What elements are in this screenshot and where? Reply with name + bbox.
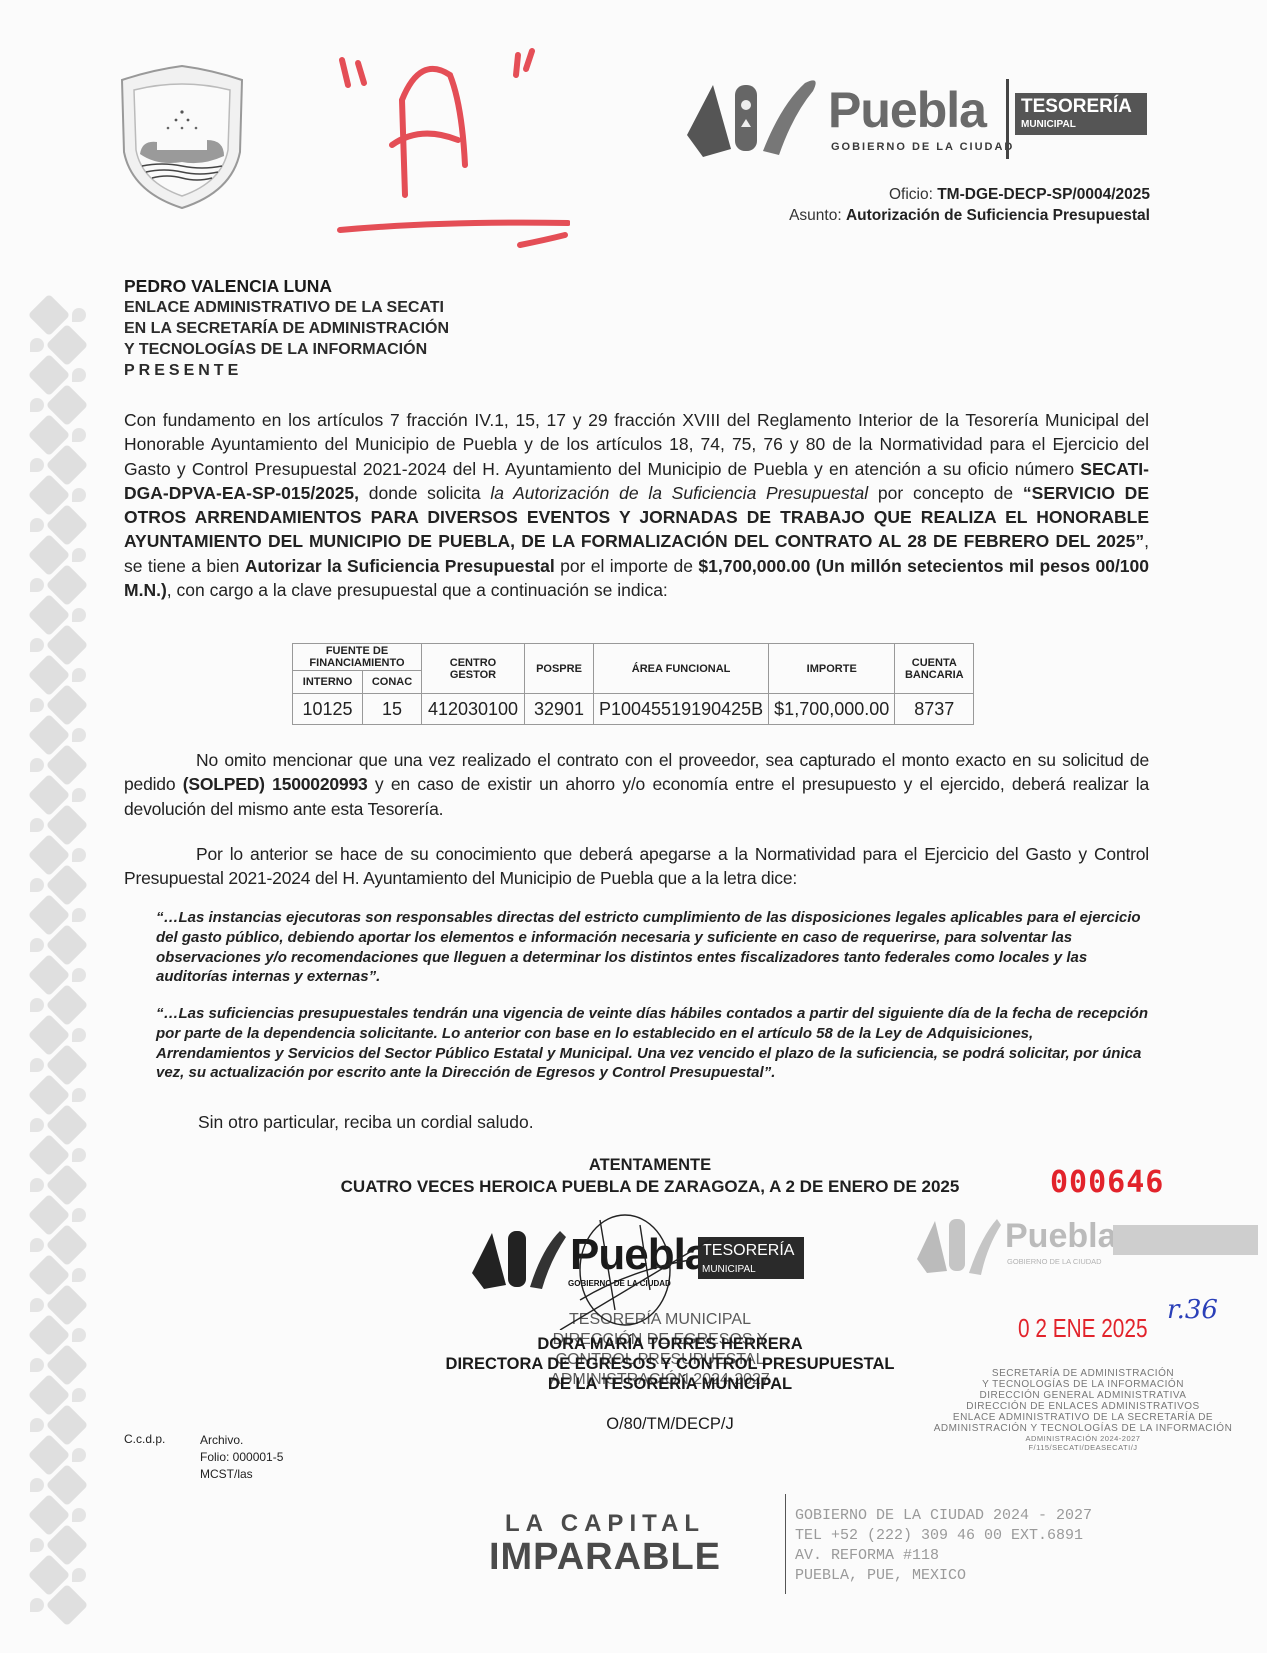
handwritten-note: r.36 — [1167, 1295, 1218, 1325]
handwritten-a-mark — [320, 45, 570, 285]
ccp-label: C.c.d.p. — [124, 1432, 165, 1446]
footer-line: GOBIERNO DE LA CIUDAD 2024 - 2027 — [795, 1506, 1092, 1526]
city-crest-icon — [112, 62, 252, 212]
footer-address: AV. REFORMA #118 — [795, 1546, 1092, 1566]
ccp-item: MCST/las — [200, 1466, 283, 1483]
logo-dept-box: TESORERÍA MUNICIPAL — [1015, 93, 1147, 135]
footer-phone: TEL +52 (222) 309 46 00 EXT.6891 — [795, 1526, 1092, 1546]
logo-tagline: GOBIERNO DE LA CIUDAD — [831, 141, 1014, 153]
recipient-block: PEDRO VALENCIA LUNA ENLACE ADMINISTRATIV… — [124, 276, 449, 381]
document-reference: Oficio: TM-DGE-DECP-SP/0004/2025 Asunto:… — [789, 184, 1150, 226]
recipient-salutation: PRESENTE — [124, 360, 449, 381]
logo-divider — [1006, 79, 1009, 159]
cell-area-funcional: P10045519190425B — [594, 694, 769, 725]
budget-key-table: FUENTE DE FINANCIAMIENTO CENTRO GESTOR P… — [292, 643, 974, 725]
decorative-border — [28, 300, 90, 1630]
reception-stamp-logo: Puebla GOBIERNO DE LA CIUDAD — [915, 1215, 1260, 1275]
folio-stamp: 000646 — [1050, 1165, 1164, 1200]
recipient-title-2: EN LA SECRETARÍA DE ADMINISTRACIÓN — [124, 318, 449, 339]
reception-logo-city: Puebla — [1005, 1217, 1116, 1256]
p1-text-a: Con fundamento en los artículos 7 fracci… — [124, 410, 1149, 479]
reception-date-stamp: 0 2 ENE 2025 — [1018, 1313, 1148, 1344]
atentamente: ATENTAMENTE — [300, 1155, 1000, 1176]
authorization-statement: Autorizar la Suficiencia Presupuestal — [245, 556, 555, 576]
ccp-item: Folio: 000001-5 — [200, 1449, 283, 1466]
header-fuente: FUENTE DE FINANCIAMIENTO — [293, 644, 422, 671]
p1-text-b: donde solicita — [359, 483, 490, 503]
secati-line-5: ENLACE ADMINISTRATIVO DE LA SECRETARÍA D… — [918, 1412, 1248, 1423]
footer-slogan: LA CAPITAL IMPARABLE — [465, 1510, 745, 1576]
puebla-emblem-icon — [915, 1215, 1003, 1275]
p1-text-e: por el importe de — [555, 556, 699, 576]
paragraph-solped: No omito mencionar que una vez realizado… — [124, 748, 1149, 821]
header-interno: INTERNO — [293, 671, 363, 694]
header-conac: CONAC — [363, 671, 422, 694]
secati-admin: ADMINISTRACIÓN 2024-2027 — [918, 1434, 1248, 1443]
asunto-text: Autorización de Suficiencia Presupuestal — [846, 207, 1150, 224]
slogan-line-2: IMPARABLE — [465, 1538, 745, 1576]
p1-italic: la Autorización de la Suficiencia Presup… — [490, 483, 868, 503]
oficio-label: Oficio: — [889, 186, 933, 203]
secati-reference: F/115/SECATI/DEASECATI/J — [918, 1443, 1248, 1452]
recipient-name: PEDRO VALENCIA LUNA — [124, 276, 449, 297]
quote-suficiencias: “…Las suficiencias presupuestales tendrá… — [156, 1004, 1151, 1083]
header-centro-gestor: CENTRO GESTOR — [422, 644, 525, 694]
recipient-title-3: Y TECNOLOGÍAS DE LA INFORMACIÓN — [124, 339, 449, 360]
secati-line-2: Y TECNOLOGÍAS DE LA INFORMACIÓN — [918, 1379, 1248, 1390]
quote-instancias: “…Las instancias ejecutoras son responsa… — [156, 908, 1151, 987]
logo-city: Puebla — [828, 81, 986, 139]
footer-contact: GOBIERNO DE LA CIUDAD 2024 - 2027 TEL +5… — [795, 1506, 1092, 1586]
cell-cuenta-bancaria: 8737 — [895, 694, 974, 725]
secati-reception-stamp: SECRETARÍA DE ADMINISTRACIÓN Y TECNOLOGÍ… — [918, 1368, 1248, 1452]
header-pospre: POSPRE — [525, 644, 594, 694]
oficio-line: Oficio: TM-DGE-DECP-SP/0004/2025 — [789, 184, 1150, 205]
paragraph-authorization: Con fundamento en los artículos 7 fracci… — [124, 408, 1149, 602]
reception-logo-tagline: GOBIERNO DE LA CIUDAD — [1007, 1257, 1102, 1266]
handwritten-signature — [540, 1210, 720, 1330]
logo-dept-title: TESORERÍA — [1021, 96, 1132, 118]
secati-line-1: SECRETARÍA DE ADMINISTRACIÓN — [918, 1368, 1248, 1379]
secati-line-6: ADMINISTRACIÓN Y TECNOLOGÍAS DE LA INFOR… — [918, 1423, 1248, 1434]
header-cuenta-bancaria: CUENTA BANCARIA — [895, 644, 974, 694]
ccp-list: Archivo. Folio: 000001-5 MCST/las — [200, 1432, 283, 1483]
cell-conac: 15 — [363, 694, 422, 725]
asunto-line: Asunto: Autorización de Suficiencia Pres… — [789, 205, 1150, 226]
p1-text-c: por concepto de — [868, 483, 1023, 503]
reception-logo-bar — [1113, 1225, 1258, 1255]
header-importe: IMPORTE — [769, 644, 895, 694]
logo-dept-subtitle: MUNICIPAL — [1021, 119, 1076, 130]
oficio-number: TM-DGE-DECP-SP/0004/2025 — [937, 186, 1150, 203]
cell-pospre: 32901 — [525, 694, 594, 725]
paragraph-normatividad: Por lo anterior se hace de su conocimien… — [124, 842, 1149, 891]
signer-name: DORA MARÍA TORRES HERRERA — [300, 1334, 1040, 1354]
secati-line-4: DIRECCIÓN DE ENLACES ADMINISTRATIVOS — [918, 1401, 1248, 1412]
slogan-line-1: LA CAPITAL — [465, 1510, 745, 1538]
signature-heading: ATENTAMENTE CUATRO VECES HEROICA PUEBLA … — [300, 1155, 1000, 1197]
closing-salutation: Sin otro particular, reciba un cordial s… — [198, 1112, 534, 1133]
place-date: CUATRO VECES HEROICA PUEBLA DE ZARAGOZA,… — [300, 1176, 1000, 1197]
secati-line-3: DIRECCIÓN GENERAL ADMINISTRATIVA — [918, 1390, 1248, 1401]
solped-number: (SOLPED) 1500020993 — [183, 774, 368, 794]
puebla-emblem-icon — [683, 75, 823, 161]
cell-importe: $1,700,000.00 — [769, 694, 895, 725]
ccp-item: Archivo. — [200, 1432, 283, 1449]
cell-interno: 10125 — [293, 694, 363, 725]
header-area-funcional: ÁREA FUNCIONAL — [594, 644, 769, 694]
footer-city: PUEBLA, PUE, MEXICO — [795, 1566, 1092, 1586]
tesoreria-logo: Puebla GOBIERNO DE LA CIUDAD TESORERÍA M… — [683, 75, 1153, 165]
recipient-title-1: ENLACE ADMINISTRATIVO DE LA SECATI — [124, 297, 449, 318]
cell-centro-gestor: 412030100 — [422, 694, 525, 725]
footer-divider — [785, 1494, 786, 1594]
asunto-label: Asunto: — [789, 207, 842, 224]
table-row: 10125 15 412030100 32901 P10045519190425… — [293, 694, 974, 725]
p1-text-f: , con cargo a la clave presupuestal que … — [167, 580, 668, 600]
